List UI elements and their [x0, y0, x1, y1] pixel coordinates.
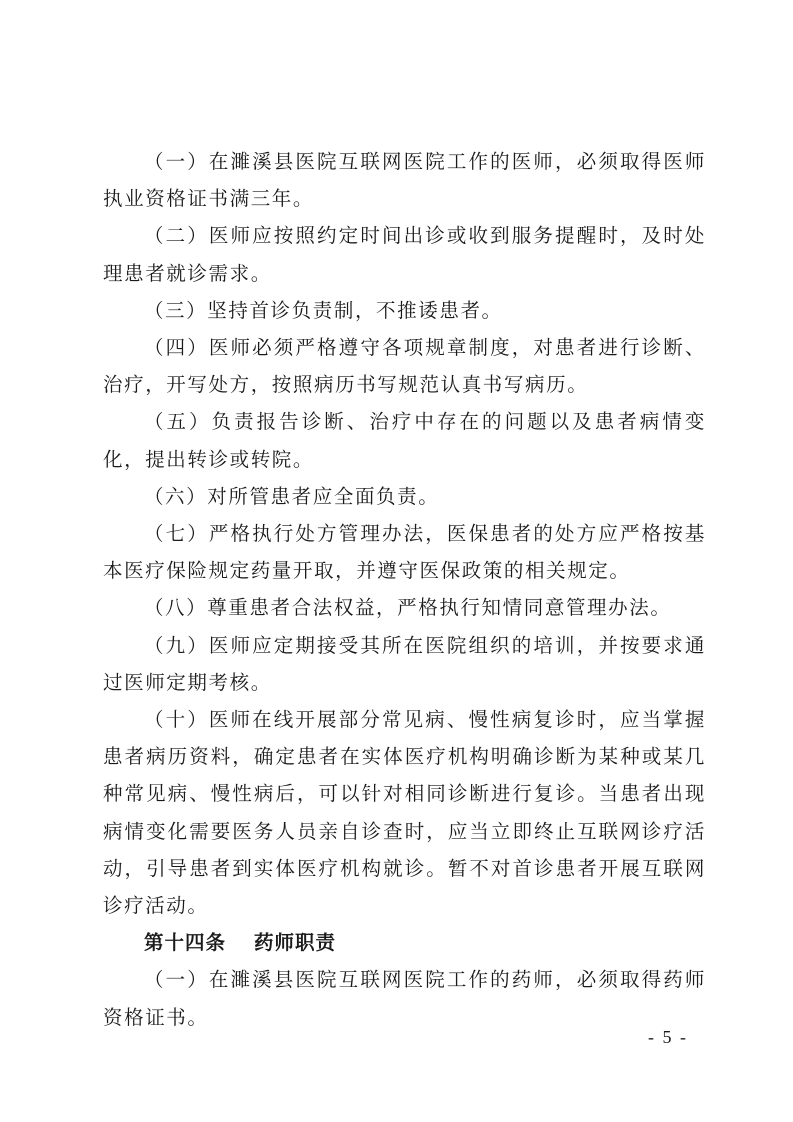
paragraph-doctor-1: （一）在濉溪县医院互联网医院工作的医师，必须取得医师执业资格证书满三年。	[103, 143, 706, 217]
paragraph-doctor-9: （九）医师应定期接受其所在医院组织的培训，并按要求通过医师定期考核。	[103, 627, 706, 701]
paragraph-doctor-5: （五）负责报告诊断、治疗中存在的问题以及患者病情变化，提出转诊或转院。	[103, 403, 706, 477]
paragraph-doctor-4: （四）医师必须严格遵守各项规章制度，对患者进行诊断、治疗，开写处方，按照病历书写…	[103, 329, 706, 403]
paragraph-doctor-8: （八）尊重患者合法权益，严格执行知情同意管理办法。	[103, 589, 706, 626]
document-body: （一）在濉溪县医院互联网医院工作的医师，必须取得医师执业资格证书满三年。 （二）…	[103, 143, 706, 1036]
paragraph-doctor-3: （三）坚持首诊负责制，不推诿患者。	[103, 292, 706, 329]
article-title: 药师职责	[254, 931, 336, 954]
article-number: 第十四条	[144, 931, 226, 954]
paragraph-doctor-2: （二）医师应按照约定时间出诊或收到服务提醒时，及时处理患者就诊需求。	[103, 217, 706, 291]
paragraph-doctor-10: （十）医师在线开展部分常见病、慢性病复诊时，应当掌握患者病历资料，确定患者在实体…	[103, 701, 706, 924]
paragraph-pharmacist-1: （一）在濉溪县医院互联网医院工作的药师，必须取得药师资格证书。	[103, 961, 706, 1035]
paragraph-doctor-6: （六）对所管患者应全面负责。	[103, 478, 706, 515]
page-number: - 5 -	[648, 1027, 688, 1048]
paragraph-doctor-7: （七）严格执行处方管理办法，医保患者的处方应严格按基本医疗保险规定药量开取，并遵…	[103, 515, 706, 589]
section-heading: 第十四条药师职责	[103, 924, 706, 961]
document-page: （一）在濉溪县医院互联网医院工作的医师，必须取得医师执业资格证书满三年。 （二）…	[0, 0, 793, 1122]
